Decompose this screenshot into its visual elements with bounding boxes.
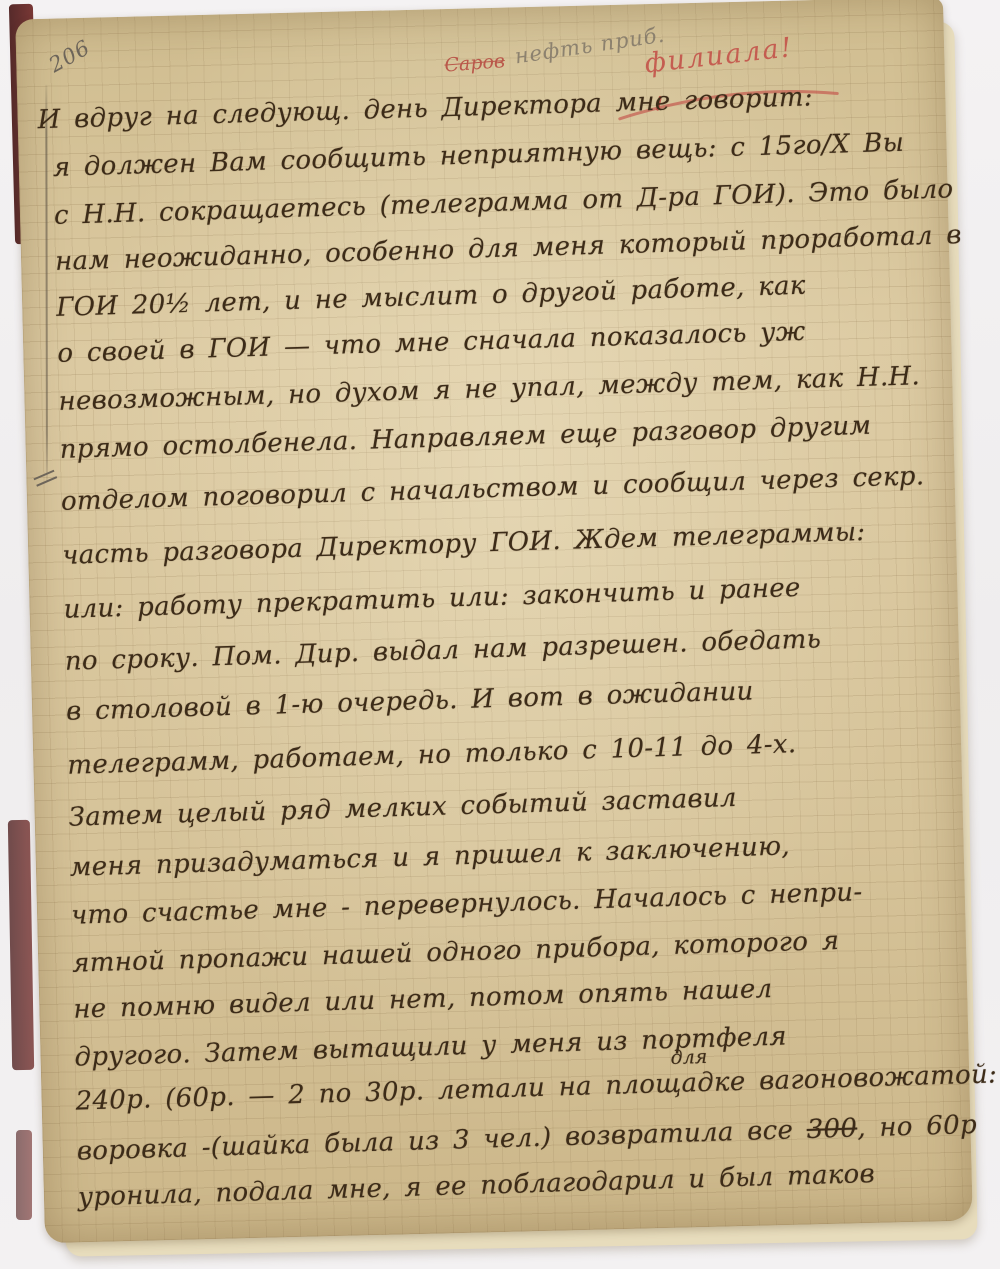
scanner-edge-strip [16, 1130, 32, 1220]
manuscript-line-with-strikethrough: воровка -(шайка была из 3 чел.) возврати… [76, 1113, 956, 1165]
manuscript-line: Затем целый ряд мелких событий заставил [68, 779, 948, 831]
manuscript-paper: 206 Саров нефть приб. филиала! И вдруг н… [15, 0, 973, 1243]
manuscript-line: с Н.Н. сокращаетесь (телеграмма от Д-ра … [54, 177, 934, 229]
scanned-manuscript-page: 206 Саров нефть приб. филиала! И вдруг н… [0, 0, 1000, 1269]
manuscript-line: отделом поговорил с начальством и сообщи… [61, 463, 941, 515]
manuscript-line: не помню видел или нет, потом опять наше… [73, 971, 953, 1023]
manuscript-line-text: воровка -(шайка была из 3 чел.) возврати… [76, 1115, 793, 1166]
struck-through-amount: 300 [806, 1113, 857, 1144]
manuscript-line: телеграмм, работаем, но только с 10-11 д… [67, 727, 947, 779]
manuscript-line: в столовой в 1-ю очередь. И вот в ожидан… [66, 673, 946, 725]
inserted-word-above-line: для [670, 1048, 707, 1068]
manuscript-line: или: работу прекратить или: закончить и … [63, 571, 943, 623]
manuscript-line-with-insertion: 240р. (60р. — 2 по 30р. летали на площад… [75, 1063, 955, 1115]
manuscript-line: другого. Затем вытащили у меня из портфе… [74, 1019, 954, 1071]
manuscript-line: невозможным, но духом я не упал, между т… [58, 363, 938, 415]
manuscript-line: что счастье мне - перевернулось. Началос… [71, 877, 951, 929]
manuscript-line-text: , но 60р [857, 1110, 978, 1144]
manuscript-line: нам неожиданно, особенно для меня которы… [55, 223, 935, 275]
manuscript-line: по сроку. Пом. Дир. выдал нам разрешен. … [65, 623, 945, 675]
manuscript-line: часть разговора Директору ГОИ. Ждем теле… [62, 517, 942, 569]
scanner-edge-strip [8, 820, 34, 1070]
manuscript-line: ГОИ 20½ лет, и не мыслит о другой работе… [56, 269, 936, 321]
manuscript-line: о своей в ГОИ — что мне сначала показало… [57, 315, 937, 367]
manuscript-line: меня призадуматься и я пришел к заключен… [70, 829, 950, 881]
manuscript-line: я должен Вам сообщить неприятную вещь: с… [52, 129, 932, 181]
manuscript-line: ятной пропажи нашей одного прибора, кото… [72, 925, 952, 977]
manuscript-text: И вдруг на следующ. день Директора мне г… [15, 0, 973, 1243]
manuscript-line: уронила, подала мне, я ее поблагодарил и… [78, 1159, 958, 1211]
manuscript-line: И вдруг на следующ. день Директора мне г… [37, 81, 917, 133]
manuscript-line: прямо остолбенела. Направляем еще разгов… [59, 411, 939, 463]
